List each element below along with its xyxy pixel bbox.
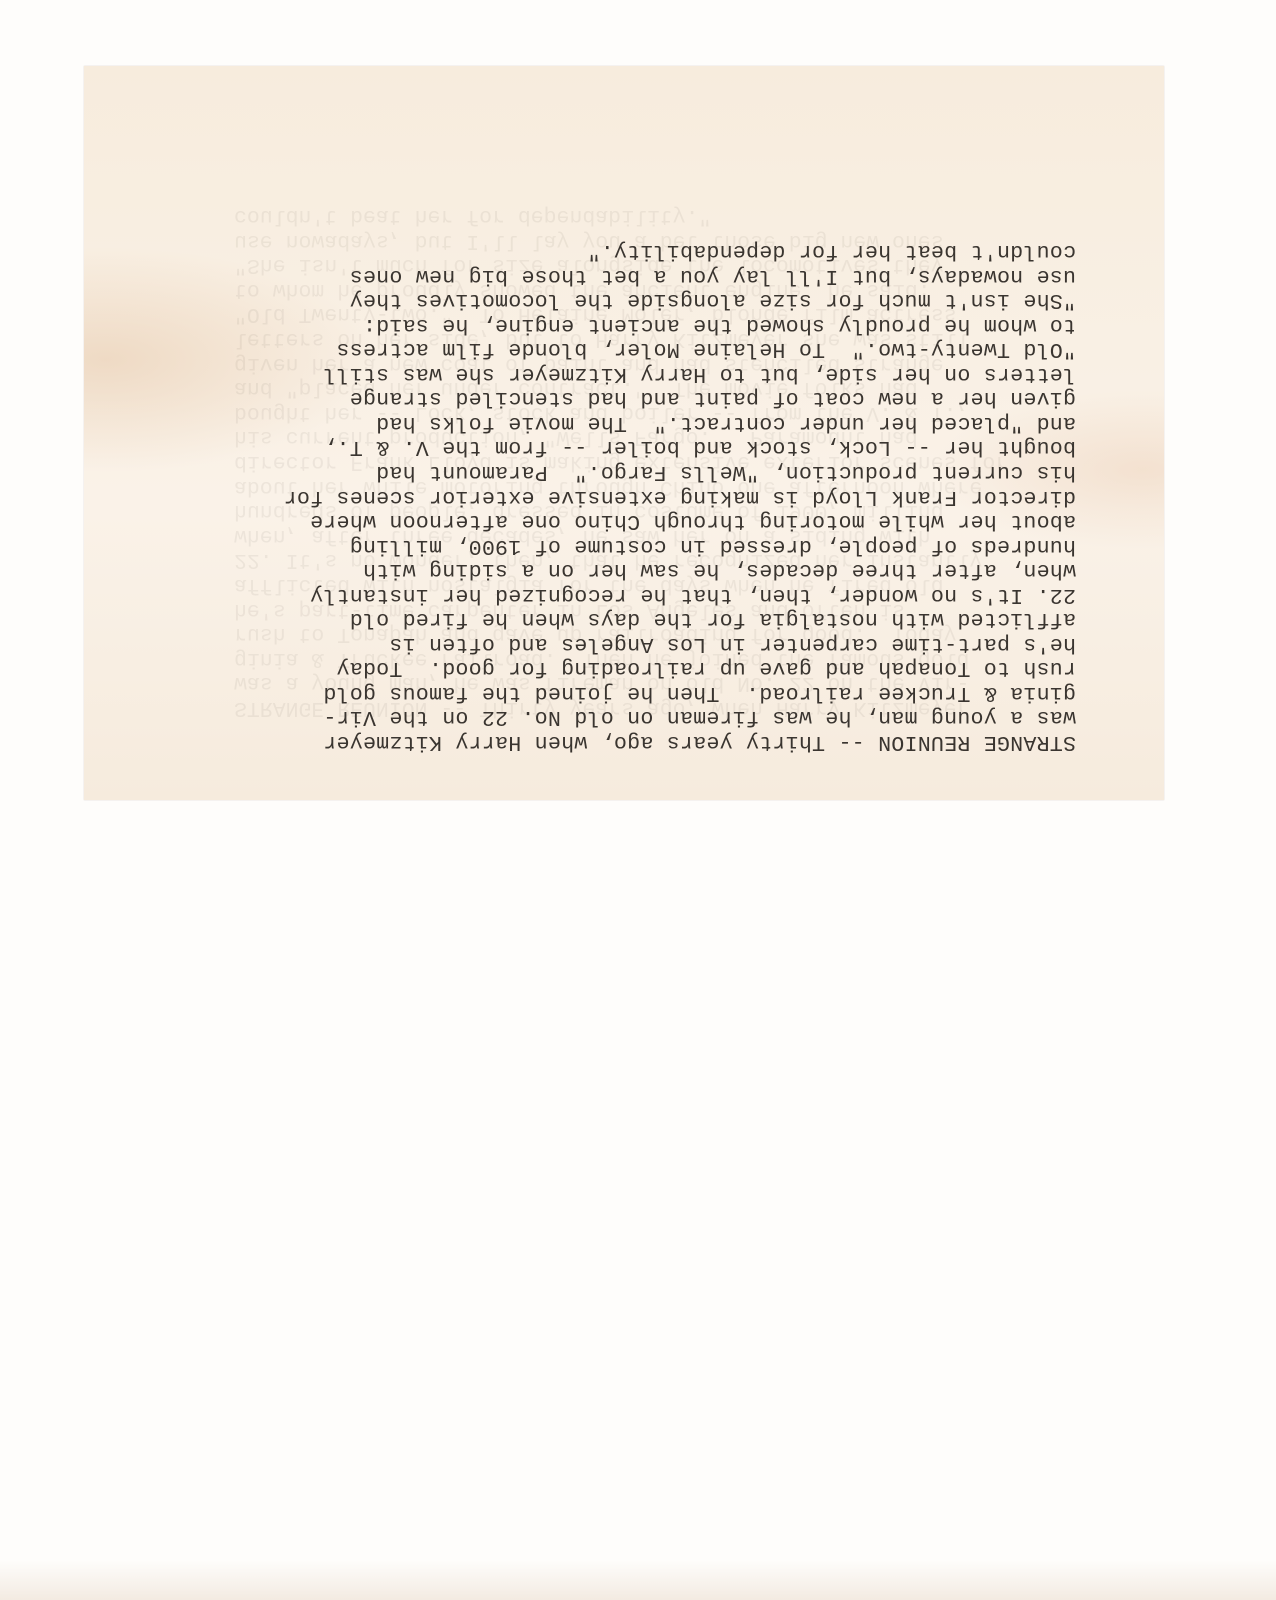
text-line: STRANGE REUNION -- Thirty years ago, whe… [283,729,1076,754]
scan-stain [0,1560,1276,1600]
text-line: his current production, "Wells Fargo." P… [283,459,1076,484]
text-line: afflicted with nostalgia for the days wh… [283,607,1076,632]
text-line: and "placed her under contract." The mov… [283,410,1076,435]
newspaper-clipping: STRANGE REUNION -- Thirty years ago, whe… [84,66,1164,800]
text-line: was a young man, he was fireman on old N… [283,705,1076,730]
text-line: "She isn't much for size alongside the l… [283,288,1076,313]
text-line: given her a new coat of paint and had st… [283,386,1076,411]
text-line: director Frank Lloyd is making extensive… [283,484,1076,509]
text-line: about her while motoring through Chino o… [283,509,1076,534]
text-line: bought her -- Lock, stock and boiler -- … [283,435,1076,460]
text-line: he's part-time carpenter in Los Angeles … [283,631,1076,656]
text-line: when, after three decades, he saw her on… [283,558,1076,583]
text-line: ginia & Truckee railroad. Then he joined… [283,680,1076,705]
text-line: 22. It's no wonder, then, that he recogn… [283,582,1076,607]
text-line: use nowadays, but I'll lay you a bet tho… [283,263,1076,288]
text-line: hundreds of people, dressed in costume o… [283,533,1076,558]
text-line: "Old Twenty-two." To Helaine Moler, blon… [283,337,1076,362]
text-line: to whom he proudly showed the ancient en… [283,312,1076,337]
text-line: letters on her side, but to Harry Kitzme… [283,361,1076,386]
text-line: couldn't beat her for dependability." [283,239,1076,264]
typed-lines: STRANGE REUNION -- Thirty years ago, whe… [283,239,1076,754]
typed-text-block: STRANGE REUNION -- Thirty years ago, whe… [84,66,1164,800]
text-line: rush to Tonapah and gave up railroading … [283,656,1076,681]
